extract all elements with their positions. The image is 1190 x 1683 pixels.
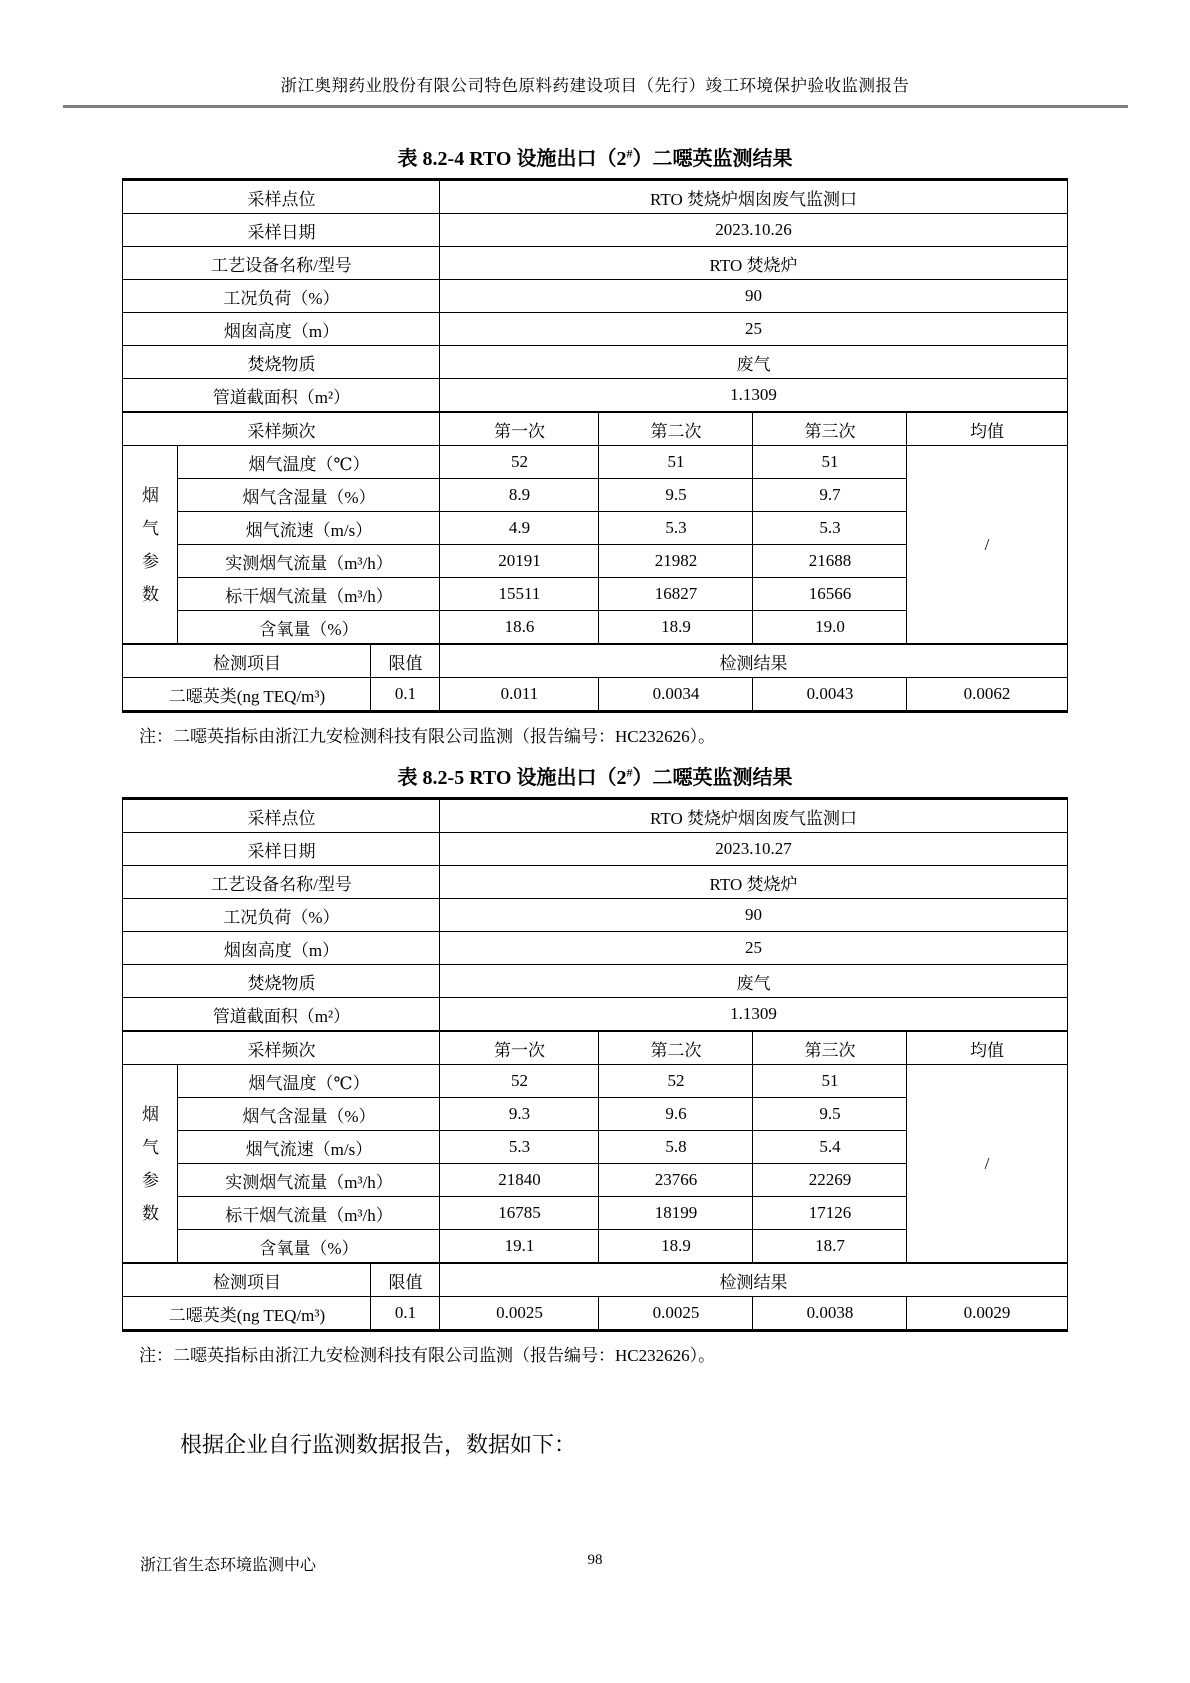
param-value: 52 [440,1065,599,1098]
param-value: 20191 [440,545,599,578]
info-value: 2023.10.27 [440,833,1067,866]
page-footer: 浙江省生态环境监测中心 98 [0,1552,1190,1569]
param-value: 5.3 [599,512,753,545]
param-label: 实测烟气流量（m³/h） [178,545,440,578]
dioxin-value: 0.0025 [599,1297,753,1331]
param-value: 9.5 [753,1098,907,1131]
info-label: 烟囱高度（m） [123,313,440,346]
info-label: 工艺设备名称/型号 [123,247,440,280]
param-label: 烟气含湿量（%） [178,479,440,512]
col-header-third: 第三次 [753,1031,907,1065]
param-label: 烟气流速（m/s） [178,1131,440,1164]
closing-paragraph: 根据企业自行监测数据报告，数据如下： [180,1428,1190,1459]
param-label: 烟气温度（℃） [178,1065,440,1098]
info-label: 采样日期 [123,214,440,247]
param-value: 5.4 [753,1131,907,1164]
table-row: 焚烧物质废气 [123,965,1067,998]
param-label: 实测烟气流量（m³/h） [178,1164,440,1197]
limit-label: 限值 [371,644,440,678]
dioxin-label: 二噁英类(ng TEQ/m³) [123,1297,371,1331]
info-value: 25 [440,932,1067,965]
param-value: 8.9 [440,479,599,512]
table-row: 采样日期2023.10.26 [123,214,1067,247]
param-average: / [907,446,1067,645]
info-value: 废气 [440,965,1067,998]
param-value: 51 [753,1065,907,1098]
flue-gas-params-group-label: 烟气参数 [123,1065,178,1264]
dioxin-value: 0.0034 [599,678,753,712]
col-header-second: 第二次 [599,412,753,446]
param-value: 51 [753,446,907,479]
dioxin-monitoring-table-2: 采样点位RTO 焚烧炉烟囱废气监测口 采样日期2023.10.27 工艺设备名称… [122,797,1067,1332]
param-value: 9.6 [599,1098,753,1131]
info-value: 1.1309 [440,998,1067,1032]
param-value: 5.3 [753,512,907,545]
table-row: 采样日期2023.10.27 [123,833,1067,866]
table-row: 烟囱高度（m）25 [123,313,1067,346]
info-value: 90 [440,899,1067,932]
dioxin-value: 0.011 [440,678,599,712]
info-label: 工况负荷（%） [123,280,440,313]
table-row: 采样点位RTO 焚烧炉烟囱废气监测口 [123,180,1067,214]
param-label: 烟气流速（m/s） [178,512,440,545]
table-row: 管道截面积（m²）1.1309 [123,379,1067,413]
info-label: 工况负荷（%） [123,899,440,932]
info-value: RTO 焚烧炉 [440,247,1067,280]
info-value: 2023.10.26 [440,214,1067,247]
result-label: 检测结果 [440,644,1067,678]
info-value: 90 [440,280,1067,313]
result-header-row: 检测项目 限值 检测结果 [123,644,1067,678]
dioxin-value: 0.0025 [440,1297,599,1331]
param-value: 18.9 [599,611,753,645]
param-value: 9.5 [599,479,753,512]
frequency-header-row: 采样频次 第一次 第二次 第三次 均值 [123,1031,1067,1065]
param-value: 16566 [753,578,907,611]
param-value: 5.8 [599,1131,753,1164]
param-value: 15511 [440,578,599,611]
info-value: RTO 焚烧炉烟囱废气监测口 [440,799,1067,833]
param-value: 19.0 [753,611,907,645]
frequency-header-row: 采样频次 第一次 第二次 第三次 均值 [123,412,1067,446]
param-value: 18199 [599,1197,753,1230]
table2-title-prefix: 表 8.2-5 RTO 设施出口（2 [398,767,627,789]
param-value: 18.6 [440,611,599,645]
info-value: 25 [440,313,1067,346]
table2-note: 注：二噁英指标由浙江九安检测科技有限公司监测（报告编号：HC232626）。 [123,1341,1067,1366]
param-value: 18.9 [599,1230,753,1264]
param-value: 9.3 [440,1098,599,1131]
param-label: 烟气含湿量（%） [178,1098,440,1131]
table-row: 管道截面积（m²）1.1309 [123,998,1067,1032]
param-value: 19.1 [440,1230,599,1264]
info-label: 采样日期 [123,833,440,866]
table-row: 焚烧物质废气 [123,346,1067,379]
table1-title-suffix: ）二噁英监测结果 [632,148,792,170]
dioxin-result-row: 二噁英类(ng TEQ/m³) 0.1 0.011 0.0034 0.0043 … [123,678,1067,712]
param-row: 烟气参数 烟气温度（℃） 52 52 51 / [123,1065,1067,1098]
footer-organization: 浙江省生态环境监测中心 [140,1552,316,1575]
info-value: RTO 焚烧炉烟囱废气监测口 [440,180,1067,214]
info-label: 采样点位 [123,799,440,833]
group-label-text: 烟气参数 [140,479,160,611]
info-label: 焚烧物质 [123,965,440,998]
param-value: 52 [440,446,599,479]
table2-title-suffix: ）二噁英监测结果 [632,767,792,789]
table2-title: 表 8.2-5 RTO 设施出口（2#）二噁英监测结果 [123,761,1067,790]
group-label-text: 烟气参数 [140,1098,160,1230]
param-value: 17126 [753,1197,907,1230]
info-value: 1.1309 [440,379,1067,413]
info-value: 废气 [440,346,1067,379]
result-item-label: 检测项目 [123,1263,371,1297]
param-value: 18.7 [753,1230,907,1264]
param-value: 16785 [440,1197,599,1230]
report-header-title: 浙江奥翔药业股份有限公司特色原料药建设项目（先行）竣工环境保护验收监测报告 [0,0,1190,96]
dioxin-value: 0.0043 [753,678,907,712]
param-value: 21840 [440,1164,599,1197]
table-row: 烟囱高度（m）25 [123,932,1067,965]
param-value: 16827 [599,578,753,611]
flue-gas-params-group-label: 烟气参数 [123,446,178,645]
param-average: / [907,1065,1067,1264]
param-label: 含氧量（%） [178,611,440,645]
param-value: 22269 [753,1164,907,1197]
param-value: 23766 [599,1164,753,1197]
dioxin-monitoring-table-1: 采样点位RTO 焚烧炉烟囱废气监测口 采样日期2023.10.26 工艺设备名称… [122,178,1067,713]
table1-title: 表 8.2-4 RTO 设施出口（2#）二噁英监测结果 [123,142,1067,171]
param-row: 烟气参数 烟气温度（℃） 52 51 51 / [123,446,1067,479]
table1-note: 注：二噁英指标由浙江九安检测科技有限公司监测（报告编号：HC232626）。 [123,722,1067,747]
param-value: 4.9 [440,512,599,545]
col-header-first: 第一次 [440,1031,599,1065]
param-label: 标干烟气流量（m³/h） [178,1197,440,1230]
param-value: 21982 [599,545,753,578]
dioxin-value: 0.0038 [753,1297,907,1331]
info-label: 焚烧物质 [123,346,440,379]
result-label: 检测结果 [440,1263,1067,1297]
param-value: 52 [599,1065,753,1098]
param-value: 21688 [753,545,907,578]
param-value: 51 [599,446,753,479]
param-value: 9.7 [753,479,907,512]
param-label: 标干烟气流量（m³/h） [178,578,440,611]
param-label: 含氧量（%） [178,1230,440,1264]
dioxin-average: 0.0062 [907,678,1067,712]
table-row: 采样点位RTO 焚烧炉烟囱废气监测口 [123,799,1067,833]
info-label: 采样点位 [123,180,440,214]
col-header-average: 均值 [907,412,1067,446]
col-header-second: 第二次 [599,1031,753,1065]
dioxin-result-row: 二噁英类(ng TEQ/m³) 0.1 0.0025 0.0025 0.0038… [123,1297,1067,1331]
param-label: 烟气温度（℃） [178,446,440,479]
table-row: 工艺设备名称/型号RTO 焚烧炉 [123,247,1067,280]
info-label: 工艺设备名称/型号 [123,866,440,899]
table1-title-prefix: 表 8.2-4 RTO 设施出口（2 [398,148,627,170]
param-value: 5.3 [440,1131,599,1164]
limit-label: 限值 [371,1263,440,1297]
dioxin-label: 二噁英类(ng TEQ/m³) [123,678,371,712]
info-label: 管道截面积（m²） [123,379,440,413]
dioxin-average: 0.0029 [907,1297,1067,1331]
result-item-label: 检测项目 [123,644,371,678]
col-header-first: 第一次 [440,412,599,446]
info-label: 管道截面积（m²） [123,998,440,1032]
table-row: 工艺设备名称/型号RTO 焚烧炉 [123,866,1067,899]
info-label: 烟囱高度（m） [123,932,440,965]
dioxin-limit: 0.1 [371,1297,440,1331]
col-header-average: 均值 [907,1031,1067,1065]
header-divider [63,105,1128,108]
table-row: 工况负荷（%）90 [123,899,1067,932]
col-header-third: 第三次 [753,412,907,446]
dioxin-limit: 0.1 [371,678,440,712]
info-value: RTO 焚烧炉 [440,866,1067,899]
table-row: 工况负荷（%）90 [123,280,1067,313]
frequency-label: 采样频次 [123,1031,440,1065]
result-header-row: 检测项目 限值 检测结果 [123,1263,1067,1297]
frequency-label: 采样频次 [123,412,440,446]
